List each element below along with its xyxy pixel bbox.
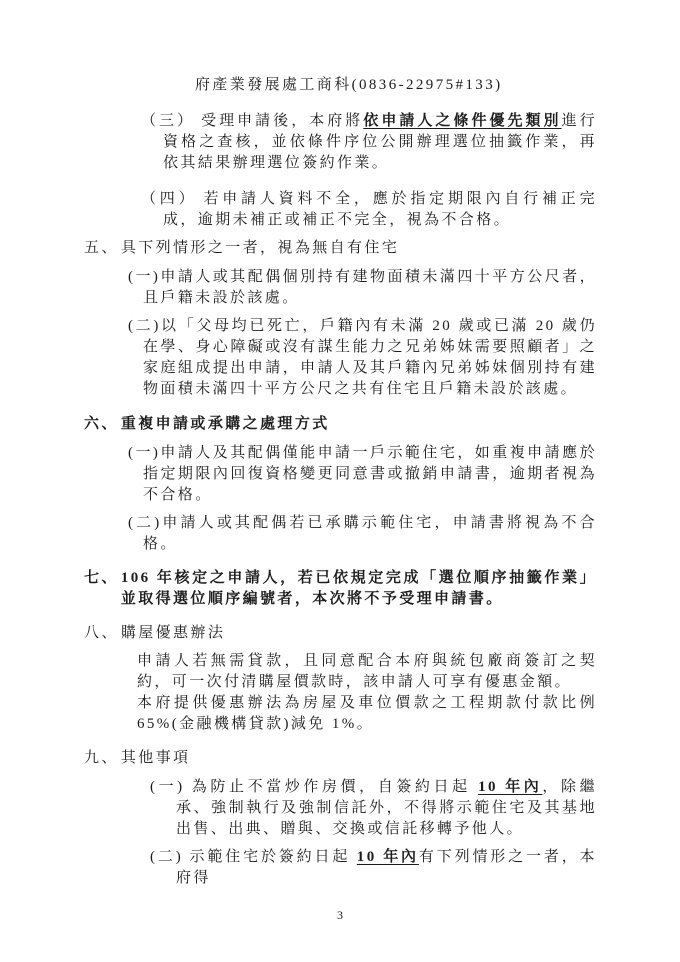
section-8-paragraph-2: 本府提供優惠辦法為房屋及車位價款之工程期款付款比例 65%(金融機構貸款)減免 … [137,693,597,735]
section-7: 七、 106 年核定之申請人，若已依規定完成「選位順序抽籤作業」並取得選位順序編… [84,568,597,610]
item-3-marker: （三） [141,113,195,129]
section-8-title: 購屋優惠辦法 [121,623,597,644]
section-9-item-2: (二)示範住宅於簽約日起 10 年內有下列情形之一者，本府得 [150,847,597,889]
contact-line: 府產業發展處工商科(0836-22975#133) [195,75,597,96]
section-5-item-1-text: 申請人或其配偶個別持有建物面積未滿四十平方公尺者，且戶籍未設於該處。 [143,269,597,306]
section-9-title: 其他事項 [121,748,597,769]
document-content: 府產業發展處工商科(0836-22975#133) （三）受理申請後，本府將依申… [84,75,597,889]
section-9-item-2-marker: (二) [150,849,183,865]
section-9-item-1: (一)為防止不當炒作房價，自簽約日起 10 年內，除繼承、強制執行及強制信託外，… [150,777,597,840]
section-9-item-2-text: 示範住宅於簽約日起 10 年內有下列情形之一者，本府得 [176,849,597,886]
section-6-item-1-text: 申請人及其配偶僅能申請一戶示範住宅，如重複申請應於指定期限內回復資格變更同意書或… [143,445,597,503]
section-5-item-2: (二)以「父母均已死亡，戶籍內有未滿 20 歲或已滿 20 歲仍在學、身心障礙或… [128,316,597,400]
section-8-number: 八、 [84,623,119,644]
section-5-title: 具下列情形之一者，視為無自有住宅 [121,238,597,259]
section-9-item-1-text: 為防止不當炒作房價，自簽約日起 10 年內，除繼承、強制執行及強制信託外，不得將… [176,779,597,837]
section-5-item-1: (一)申請人或其配偶個別持有建物面積未滿四十平方公尺者，且戶籍未設於該處。 [128,267,597,309]
section-6-title: 重複申請或承購之處理方式 [121,414,597,435]
section-6-item-1: (一)申請人及其配偶僅能申請一戶示範住宅，如重複申請應於指定期限內回復資格變更同… [128,443,597,506]
list-item-3: （三）受理申請後，本府將依申請人之條件優先類別進行資格之查核，並依條件序位公開辦… [141,111,597,174]
section-6-heading: 六、 重複申請或承購之處理方式 [84,414,597,435]
item-4-text: 若申請人資料不全，應於指定期限內自行補正完成，逾期未補正或補正不完全，視為不合格… [163,191,597,228]
section-8-heading: 八、 購屋優惠辦法 [84,623,597,644]
section-7-text: 106 年核定之申請人，若已依規定完成「選位順序抽籤作業」並取得選位順序編號者，… [121,568,597,610]
section-6-item-2: (二)申請人或其配偶若已承購示範住宅，申請書將視為不合格。 [128,513,597,555]
page-number: 3 [0,908,680,923]
section-9-heading: 九、 其他事項 [84,748,597,769]
section-9-number: 九、 [84,748,119,769]
section-5-item-1-marker: (一) [128,269,160,285]
section-5-heading: 五、 具下列情形之一者，視為無自有住宅 [84,238,597,259]
section-5-number: 五、 [84,238,119,259]
section-9-item-1-marker: (一) [150,779,185,795]
item-4-marker: （四） [141,191,197,207]
section-6-number: 六、 [84,414,119,435]
section-5-item-2-marker: (二) [128,318,161,334]
section-6-item-2-marker: (二) [128,515,162,531]
section-5-item-2-text: 以「父母均已死亡，戶籍內有未滿 20 歲或已滿 20 歲仍在學、身心障礙或沒有謀… [143,318,597,397]
section-6-item-2-text: 申請人或其配偶若已承購示範住宅，申請書將視為不合格。 [143,515,597,552]
section-8-paragraph-1: 申請人若無需貸款，且同意配合本府與統包廠商簽訂之契約，可一次付清購屋價款時，該申… [137,651,597,693]
list-item-4: （四）若申請人資料不全，應於指定期限內自行補正完成，逾期未補正或補正不完全，視為… [141,189,597,231]
item-3-text: 受理申請後，本府將依申請人之條件優先類別進行資格之查核，並依條件序位公開辦理選位… [163,113,597,171]
section-7-number: 七、 [84,568,119,610]
document-page: 府產業發展處工商科(0836-22975#133) （三）受理申請後，本府將依申… [0,0,680,962]
section-6-item-1-marker: (一) [128,445,160,461]
